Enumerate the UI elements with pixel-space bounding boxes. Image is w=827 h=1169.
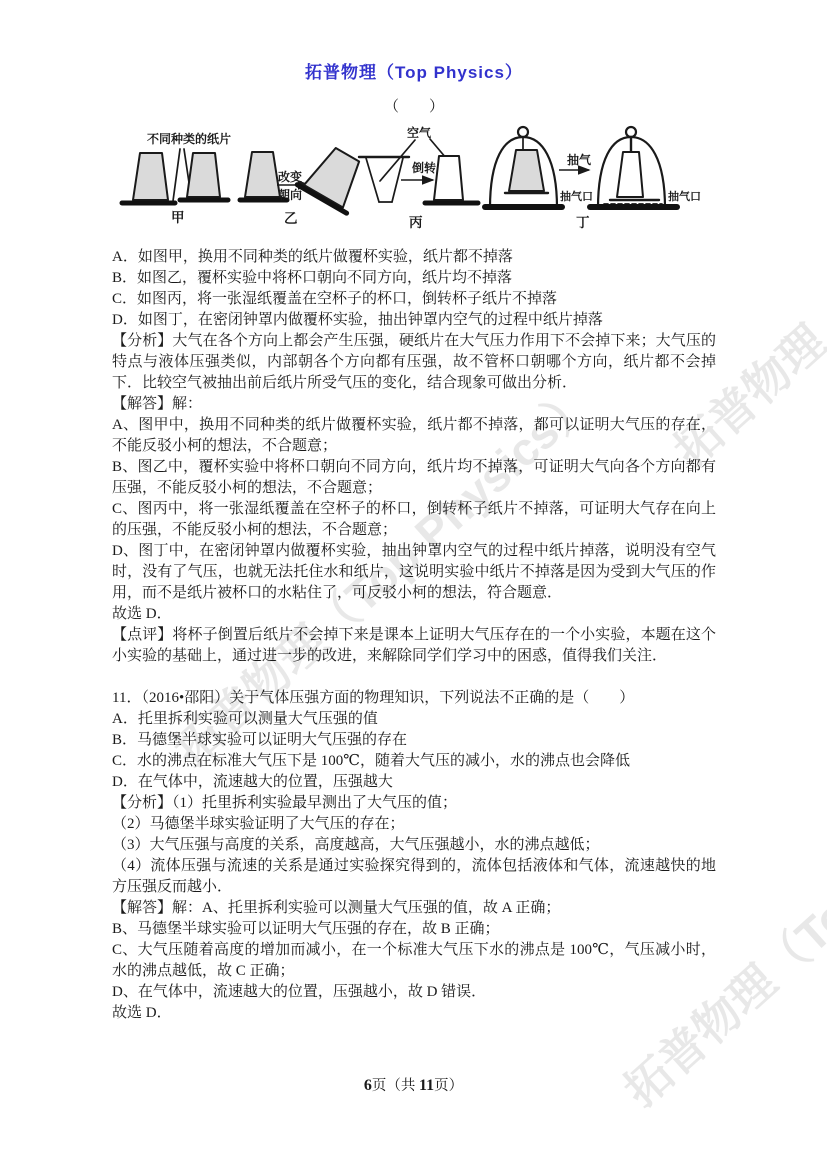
change-direction-label2: 朝向 (278, 187, 302, 202)
q11-analysis-2: （2）马德堡半球实验证明了大气压的存在； (112, 814, 716, 835)
figure-bing-group: 空气 倒转 丙 (359, 125, 478, 230)
q11-option-c: C．水的沸点在标准大气压下是 100℃，随着大气压的减小，水的沸点也会降低 (112, 751, 716, 772)
caption-yi: 乙 (284, 211, 298, 226)
q10-option-d: D．如图丁，在密闭钟罩内做覆杯实验，抽出钟罩内空气的过程中纸片掉落 (112, 310, 716, 331)
document-page: 拓普物理（Top Physics） 拓普物理（Top Physics） 拓普物理… (0, 0, 827, 1169)
footer-total-pages: 11 (419, 1077, 434, 1094)
q11-conclusion: 故选 D． (112, 1003, 716, 1024)
q11-answer-item-c: C、大气压随着高度的增加而减小，在一个标准大气压下水的沸点是 100℃，气压减小… (112, 940, 716, 982)
pump-port-label-right: 抽气口 (668, 189, 701, 203)
answer-paren-line: （ ） (112, 95, 716, 116)
figure-jia-group: 不同种类的纸片 甲 (122, 131, 231, 225)
q11-analysis-1: 【分析】（1）托里拆利实验最早测出了大气压的值； (112, 793, 716, 814)
figure-yi-group: 改变 朝向 乙 (240, 140, 372, 226)
caption-jia: 甲 (171, 210, 185, 225)
q11-analysis-4: （4）流体压强与流速的关系是通过实验探究得到的，流体包括液体和气体，流速越快的地… (112, 856, 716, 898)
change-direction-label: 改变 (278, 169, 302, 184)
q10-conclusion: 故选 D． (112, 604, 716, 625)
page-footer: 6页（共 11页） (0, 1074, 827, 1095)
inverted-cup (133, 153, 168, 200)
q10-answer-item-c: C、图丙中，将一张湿纸覆盖在空杯子的杯口，倒转杯子纸片不掉落，可证明大气存在向上… (112, 499, 716, 541)
q10-answer-item-a: A、图甲中，换用不同种类的纸片做覆杯实验，纸片都不掉落，都可以证明大气压的存在，… (112, 415, 716, 457)
q11-analysis-3: （3）大气压强与高度的关系，高度越高，大气压强越小，水的沸点越低； (112, 835, 716, 856)
q11-stem: 11．（2016•邵阳）关于气体压强方面的物理知识，下列说法不正确的是（ ） (112, 688, 716, 709)
q10-option-a: A．如图甲，换用不同种类的纸片做覆杯实验，纸片都不掉落 (112, 247, 716, 268)
inverted-cup (434, 156, 463, 200)
inverted-cup (245, 152, 280, 197)
q11-answer-item-a: 【解答】解：A、托里拆利实验可以测量大气压强的值，故 A 正确； (112, 898, 716, 919)
blank-line (112, 667, 716, 688)
experiment-diagram-svg: 不同种类的纸片 甲 改变 朝向 (112, 123, 724, 241)
paper-types-label: 不同种类的纸片 (147, 131, 231, 146)
q10-answer-item-d: D、图丁中，在密闭钟罩内做覆杯实验，抽出钟罩内空气的过程中纸片掉落，说明没有空气… (112, 541, 716, 604)
inverted-cup (617, 152, 643, 197)
q11-answer-item-b: B、马德堡半球实验可以证明大气压强的存在，故 B 正确； (112, 919, 716, 940)
q10-answer-intro: 【解答】解： (112, 394, 716, 415)
invert-label: 倒转 (412, 160, 436, 175)
footer-page-number: 6 (364, 1077, 372, 1094)
q11-answer-item-d: D、在气体中，流速越大的位置，压强越小，故 D 错误． (112, 982, 716, 1003)
q11-option-d: D．在气体中，流速越大的位置，压强越大 (112, 772, 716, 793)
footer-end-text: 页） (434, 1078, 463, 1094)
air-label: 空气 (407, 125, 432, 140)
figure-ding-group: 抽气 抽气口 抽气口 丁 (485, 127, 701, 230)
inverted-cup (187, 153, 220, 197)
caption-bing: 丙 (409, 215, 423, 230)
q10-option-b: B．如图乙，覆杯实验中将杯口朝向不同方向，纸片均不掉落 (112, 268, 716, 289)
q11-option-a: A．托里拆利实验可以测量大气压强的值 (112, 709, 716, 730)
page-title: 拓普物理（Top Physics） (112, 0, 716, 83)
pump-port-label-left: 抽气口 (560, 189, 593, 203)
q11-option-b: B．马德堡半球实验可以证明大气压强的存在 (112, 730, 716, 751)
caption-ding: 丁 (576, 215, 590, 230)
q10-comment: 【点评】将杯子倒置后纸片不会掉下来是课本上证明大气压存在的一个小实验，本题在这个… (112, 625, 716, 667)
pump-air-label: 抽气 (567, 152, 592, 167)
inverted-cup (509, 150, 544, 191)
physics-figure: 不同种类的纸片 甲 改变 朝向 (112, 123, 716, 241)
q10-analysis: 【分析】大气在各个方向上都会产生压强，硬纸片在大气压力作用下不会掉下来；大气压的… (112, 331, 716, 394)
q10-option-c: C．如图丙，将一张湿纸覆盖在空杯子的杯口，倒转杯子纸片不掉落 (112, 289, 716, 310)
tilted-cup (297, 140, 372, 213)
footer-mid-text: 页（共 (372, 1078, 419, 1094)
document-content: 拓普物理（Top Physics） （ ） 不同种类的纸片 (112, 0, 716, 1024)
q10-answer-item-b: B、图乙中，覆杯实验中将杯口朝向不同方向，纸片均不掉落，可证明大气向各个方向都有… (112, 457, 716, 499)
